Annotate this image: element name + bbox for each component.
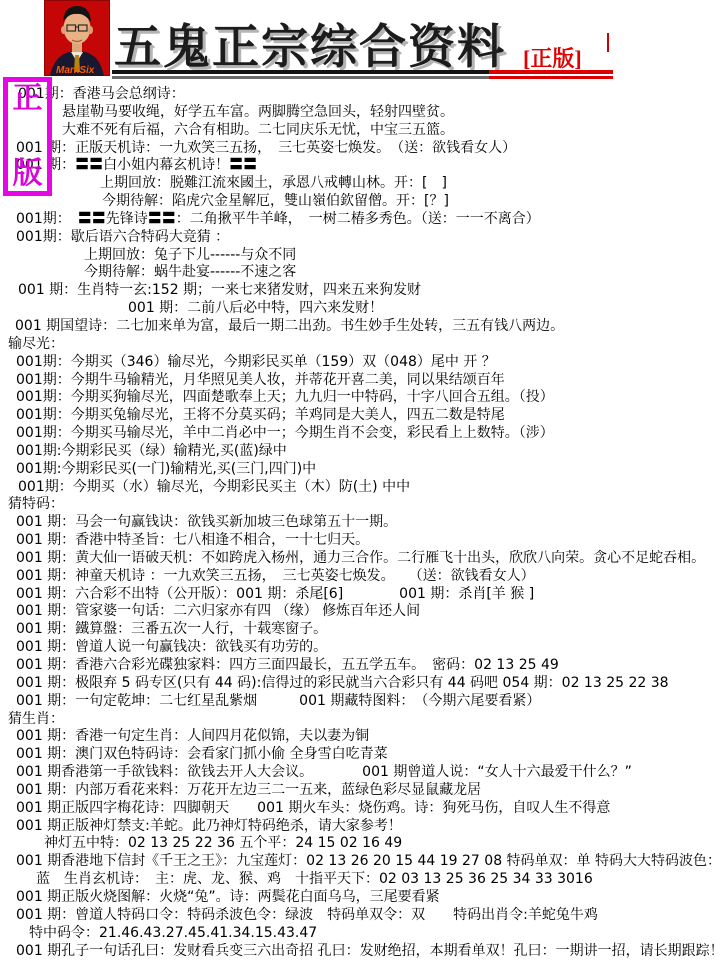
text-line: 猜生肖：	[0, 711, 720, 729]
text-line: 001 期正版神灯禁支:羊蛇。此乃神灯特码绝杀，请大家参考！	[0, 818, 720, 836]
content-lines: 001期：香港马会总纲诗：悬崖勒马要收绳，好学五车富。两脚腾空急回头，轻射四壁贫…	[0, 86, 720, 960]
text-line: 001 期：管家婆一句话：二六归家亦有四 （缘） 修炼百年还人间	[0, 603, 720, 621]
text-line: 001期： 〓〓先锋诗〓〓：二角揪平牛羊峰， 一树二椿多秀色。（送：一一不离合）	[0, 211, 720, 229]
text-line: 001期：今期买（346）输尽光，今期彩民买单（159）双（048）尾中 开 ？	[0, 354, 720, 372]
text-line: 001 期：曾道人特码口令：特码杀波色令：绿波 特码单双令：双 特码出肖令:羊蛇…	[0, 907, 720, 925]
text-line: 001 期国望诗：二七加来单为富，最后一期二出劲。书生妙手生处转，三五有钱八两边…	[0, 318, 720, 336]
text-line: 001 期正版火烧图解：火烧“兔”。诗：两鬓花白面乌乌，三尾要看紧	[0, 889, 720, 907]
title-underline-shadow-red	[489, 76, 613, 79]
text-line: 今期待解：陷虎穴金星解厄，雙山嶺伯欽留僧。开：[？]	[0, 193, 720, 211]
authentic-badge: [正版]	[523, 42, 582, 73]
text-line: 大难不死有后福，六合有相助。二七同庆乐无忧，中宝三五篮。	[0, 122, 720, 140]
photo-watermark-text: MarkSix	[56, 65, 95, 76]
text-line: 猜特码：	[0, 496, 720, 514]
text-line: 001 期香港地下信封《千王之王》：九宝莲灯：02 13 26 20 15 44…	[0, 853, 720, 871]
text-line: 001 期：二前八后必中特，四六来发财！	[0, 300, 720, 318]
text-line: 悬崖勒马要收绳，好学五车富。两脚腾空急回头，轻射四壁贫。	[0, 104, 720, 122]
text-line: 001 期：内部万看花来料：万花开左边三二一五来，蓝绿色彩尽显鼠藏龙居	[0, 782, 720, 800]
text-line: 001 期：黄大仙一语破天机：不如跨虎入杨州，通力三合作。二行雁飞十出头，欣欣八…	[0, 550, 720, 568]
title-underline-red	[489, 70, 613, 74]
text-line: 001 期：神童天机诗 ：一九欢笑三五扬， 三七英姿七焕发。 （送：欲钱看女人）	[0, 568, 720, 586]
text-line: 001 期香港第一手欲钱料：欲钱去开人大会议。 001 期曾道人说：“女人十六最…	[0, 764, 720, 782]
text-line: 001 期：正版天机诗：一九欢笑三五扬， 三七英姿七焕发。 （送：欲钱看女人）	[0, 140, 720, 158]
text-line: 特中码令：21.46.43.27.45.41.34.15.43.47	[0, 925, 720, 943]
text-line: 001 期：香港六合彩光碟独家料：四方三面四最长，五五学五车。 密码：02 13…	[0, 657, 720, 675]
title-underline-shadow	[112, 76, 502, 79]
text-line: 001 期：生肖特一玄:152 期；一来七来猪发财，四来五来狗发财	[0, 282, 720, 300]
text-line: 001期：今期买兔输尽光，王将不分莫买码；羊鸡同是大美人，四五二数是特尾	[0, 407, 720, 425]
red-tick-mark	[607, 33, 609, 52]
text-line: 001 期：〓〓白小姐内幕玄机诗！〓〓	[0, 157, 720, 175]
text-line: 上期回放：兔子下儿------与众不同	[0, 247, 720, 265]
text-line: 001期：歇后语六合特码大竞猜 ：	[0, 229, 720, 247]
text-line: 001 期：鐵算盤：三番五次一人行，十载寒窗子。	[0, 621, 720, 639]
text-line: 001 期：香港中特圣旨：七八相逢不相合，一十七归天。	[0, 532, 720, 550]
portrait-photo: MarkSix	[44, 0, 110, 76]
text-line: 上期回放：脱難江流來國土，承恩八戒轉山林。开：[ ]	[0, 175, 720, 193]
text-line: 001期：香港马会总纲诗：	[0, 86, 720, 104]
text-line: 001 期：曾道人说一句赢钱决：欲钱买有功劳的。	[0, 639, 720, 657]
text-line: 输尽光：	[0, 336, 720, 354]
page-title: 五鬼正宗综合资料	[114, 10, 506, 77]
text-line: 001 期：马会一句赢钱诀：欲钱买新加坡三色球第五十一期。	[0, 514, 720, 532]
text-line: 今期待解：蜗牛赴宴------不速之客	[0, 264, 720, 282]
text-line: 001期：今期买狗输尽光，四面楚歌奉上天；九九归一中特码，十字八回合五组。（投）	[0, 389, 720, 407]
text-line: 001 期：澳门双色特码诗：会看家门抓小偷 全身雪白吃青菜	[0, 746, 720, 764]
title-underline-black	[112, 70, 502, 74]
text-line: 001 期：极限弃 5 码专区(只有 44 码):信得过的彩民就当六合彩只有 4…	[0, 675, 720, 693]
text-line: 蓝 生肖玄机诗： 主：虎、龙、猴、鸡 十指平天下：02 03 13 25 36 …	[0, 871, 720, 889]
text-line: 001 期：六合彩不出特（公开版）：001 期：杀尾[6] 001 期：杀肖[羊…	[0, 586, 720, 604]
text-line: 001期：今期买马输尽光，羊中二肖必中一；今期生肖不会变，彩民看上上数特。（涉）	[0, 425, 720, 443]
text-line: 001期:今期彩民买（绿）输精光,买(蓝)绿中	[0, 443, 720, 461]
text-line: 001期：今期牛马输精光，月华照见美人妆，并蒂花开喜二美，同以果结颂百年	[0, 372, 720, 390]
text-line: 001 期：香港一句定生肖：人间四月花似锦，夫以妻为铜	[0, 728, 720, 746]
text-line: 001 期：一句定乾坤：二七红星乱紫烟 001 期藏特图料： （今期六尾要看紧）	[0, 693, 720, 711]
text-line: 001期:今期彩民买(一门)输精光,买(三门,四门)中	[0, 461, 720, 479]
tip-sheet-page: MarkSix 五鬼正宗综合资料 [正版] 正 版 001期：香港马会总纲诗：悬…	[0, 0, 720, 961]
text-line: 001期：今期买（水）输尽光，今期彩民买主（木）防(土) 中中	[0, 479, 720, 497]
portrait-photo-image: MarkSix	[44, 0, 110, 76]
text-line: 001 期正版四字梅花诗：四脚朝天 001 期火车头：烧伤鸡。诗：狗死马伤，自叹…	[0, 800, 720, 818]
text-line: 001 期孔子一句话孔曰：发财看兵变三六出奇招 孔曰：发财绝招，本期看单双！孔曰…	[0, 943, 720, 961]
text-line: 神灯五中特：02 13 25 22 36 五个平：24 15 02 16 49	[0, 835, 720, 853]
